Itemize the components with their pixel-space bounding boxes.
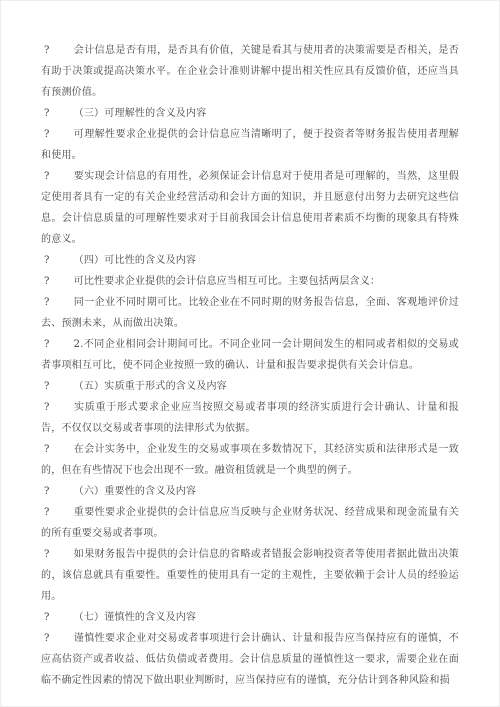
bullet-gap (50, 52, 74, 53)
bullet-marker: ? (41, 334, 50, 355)
bullet-marker: ? (41, 376, 50, 397)
paragraph-text: 2.不同企业相同会计期间可比。不同企业同一会计期间发生的相同或者相似的交易或者事… (41, 339, 459, 371)
bullet-marker: ? (41, 502, 50, 523)
paragraph-text: 实质重于形式要求企业应当按照交易或者事项的经济实质进行会计确认、计量和报告，不仅… (41, 402, 459, 434)
paragraph-text: （五）实质重于形式的含义及内容 (74, 381, 227, 392)
bullet-gap (50, 451, 74, 452)
paragraph-text: 会计信息是否有用，是否具有价值，关键是看其与使用者的决策需要是否相关，是否有助于… (41, 45, 459, 98)
bullet-gap (50, 493, 74, 494)
paragraph: ?实质重于形式要求企业应当按照交易或者事项的经济实质进行会计确认、计量和报告，不… (41, 397, 459, 439)
paragraph-text: 可理解性要求企业提供的会计信息应当清晰明了，便于投资者等财务报告使用者理解和使用… (41, 129, 459, 161)
document-page: ?会计信息是否有用，是否具有价值，关键是看其与使用者的决策需要是否相关，是否有助… (0, 0, 500, 707)
paragraph: ?可比性要求企业提供的会计信息应当相互可比。主要包括两层含义： (41, 271, 459, 292)
paragraph: ?会计信息是否有用，是否具有价值，关键是看其与使用者的决策需要是否相关，是否有助… (41, 40, 459, 103)
bullet-gap (50, 514, 74, 515)
paragraph-text: 要实现会计信息的有用性，必须保证会计信息对于使用者是可理解的，当然，这里假定使用… (41, 171, 459, 245)
paragraph-text: 可比性要求企业提供的会计信息应当相互可比。主要包括两层含义： (74, 276, 381, 287)
bullet-marker: ? (41, 250, 50, 271)
paragraph-text: 重要性要求企业提供的会计信息应当反映与企业财务状况、经营成果和现金流量有关的所有… (41, 507, 459, 539)
paragraph: ?重要性要求企业提供的会计信息应当反映与企业财务状况、经营成果和现金流量有关的所… (41, 502, 459, 544)
bullet-marker: ? (41, 166, 50, 187)
bullet-marker: ? (41, 292, 50, 313)
bullet-marker: ? (41, 40, 50, 61)
bullet-marker: ? (41, 397, 50, 418)
document-body: ?会计信息是否有用，是否具有价值，关键是看其与使用者的决策需要是否相关，是否有助… (41, 40, 459, 691)
paragraph: ?要实现会计信息的有用性，必须保证会计信息对于使用者是可理解的，当然，这里假定使… (41, 166, 459, 250)
bullet-gap (50, 619, 74, 620)
bullet-marker: ? (41, 439, 50, 460)
paragraph-text: （三）可理解性的含义及内容 (74, 108, 207, 119)
bullet-gap (50, 136, 74, 137)
paragraph: ?同一企业不同时期可比。比较企业在不同时期的财务报告信息，全面、客观地评价过去、… (41, 292, 459, 334)
bullet-marker: ? (41, 124, 50, 145)
bullet-gap (50, 262, 74, 263)
bullet-gap (50, 640, 74, 641)
paragraph-text: 谨慎性要求企业对交易或者事项进行会计确认、计量和报告应当保持应有的谨慎，不应高估… (41, 633, 459, 686)
bullet-gap (50, 409, 74, 410)
paragraph: ?如果财务报告中提供的会计信息的省略或者错报会影响投资者等使用者据此做出决策的，… (41, 544, 459, 607)
bullet-gap (50, 388, 74, 389)
paragraph-text: 在会计实务中，企业发生的交易或事项在多数情况下，其经济实质和法律形式是一致的，但… (41, 444, 459, 476)
paragraph-text: 如果财务报告中提供的会计信息的省略或者错报会影响投资者等使用者据此做出决策的，该… (41, 549, 459, 602)
bullet-gap (50, 304, 74, 305)
bullet-gap (50, 178, 74, 179)
bullet-gap (50, 283, 74, 284)
paragraph-text: （六）重要性的含义及内容 (74, 486, 197, 497)
bullet-marker: ? (41, 628, 50, 649)
paragraph-text: （七）谨慎性的含义及内容 (74, 612, 197, 623)
paragraph: ?（五）实质重于形式的含义及内容 (41, 376, 459, 397)
paragraph: ?（六）重要性的含义及内容 (41, 481, 459, 502)
paragraph: ?2.不同企业相同会计期间可比。不同企业同一会计期间发生的相同或者相似的交易或者… (41, 334, 459, 376)
paragraph: ?可理解性要求企业提供的会计信息应当清晰明了，便于投资者等财务报告使用者理解和使… (41, 124, 459, 166)
bullet-marker: ? (41, 481, 50, 502)
bullet-marker: ? (41, 103, 50, 124)
bullet-marker: ? (41, 544, 50, 565)
bullet-gap (50, 346, 74, 347)
bullet-gap (50, 115, 74, 116)
bullet-marker: ? (41, 607, 50, 628)
paragraph-text: 同一企业不同时期可比。比较企业在不同时期的财务报告信息，全面、客观地评价过去、预… (41, 297, 459, 329)
paragraph: ?在会计实务中，企业发生的交易或事项在多数情况下，其经济实质和法律形式是一致的，… (41, 439, 459, 481)
paragraph: ?（三）可理解性的含义及内容 (41, 103, 459, 124)
bullet-gap (50, 556, 74, 557)
paragraph: ?（七）谨慎性的含义及内容 (41, 607, 459, 628)
bullet-marker: ? (41, 271, 50, 292)
paragraph-text: （四）可比性的含义及内容 (74, 255, 197, 266)
paragraph: ?（四）可比性的含义及内容 (41, 250, 459, 271)
paragraph: ?谨慎性要求企业对交易或者事项进行会计确认、计量和报告应当保持应有的谨慎，不应高… (41, 628, 459, 691)
